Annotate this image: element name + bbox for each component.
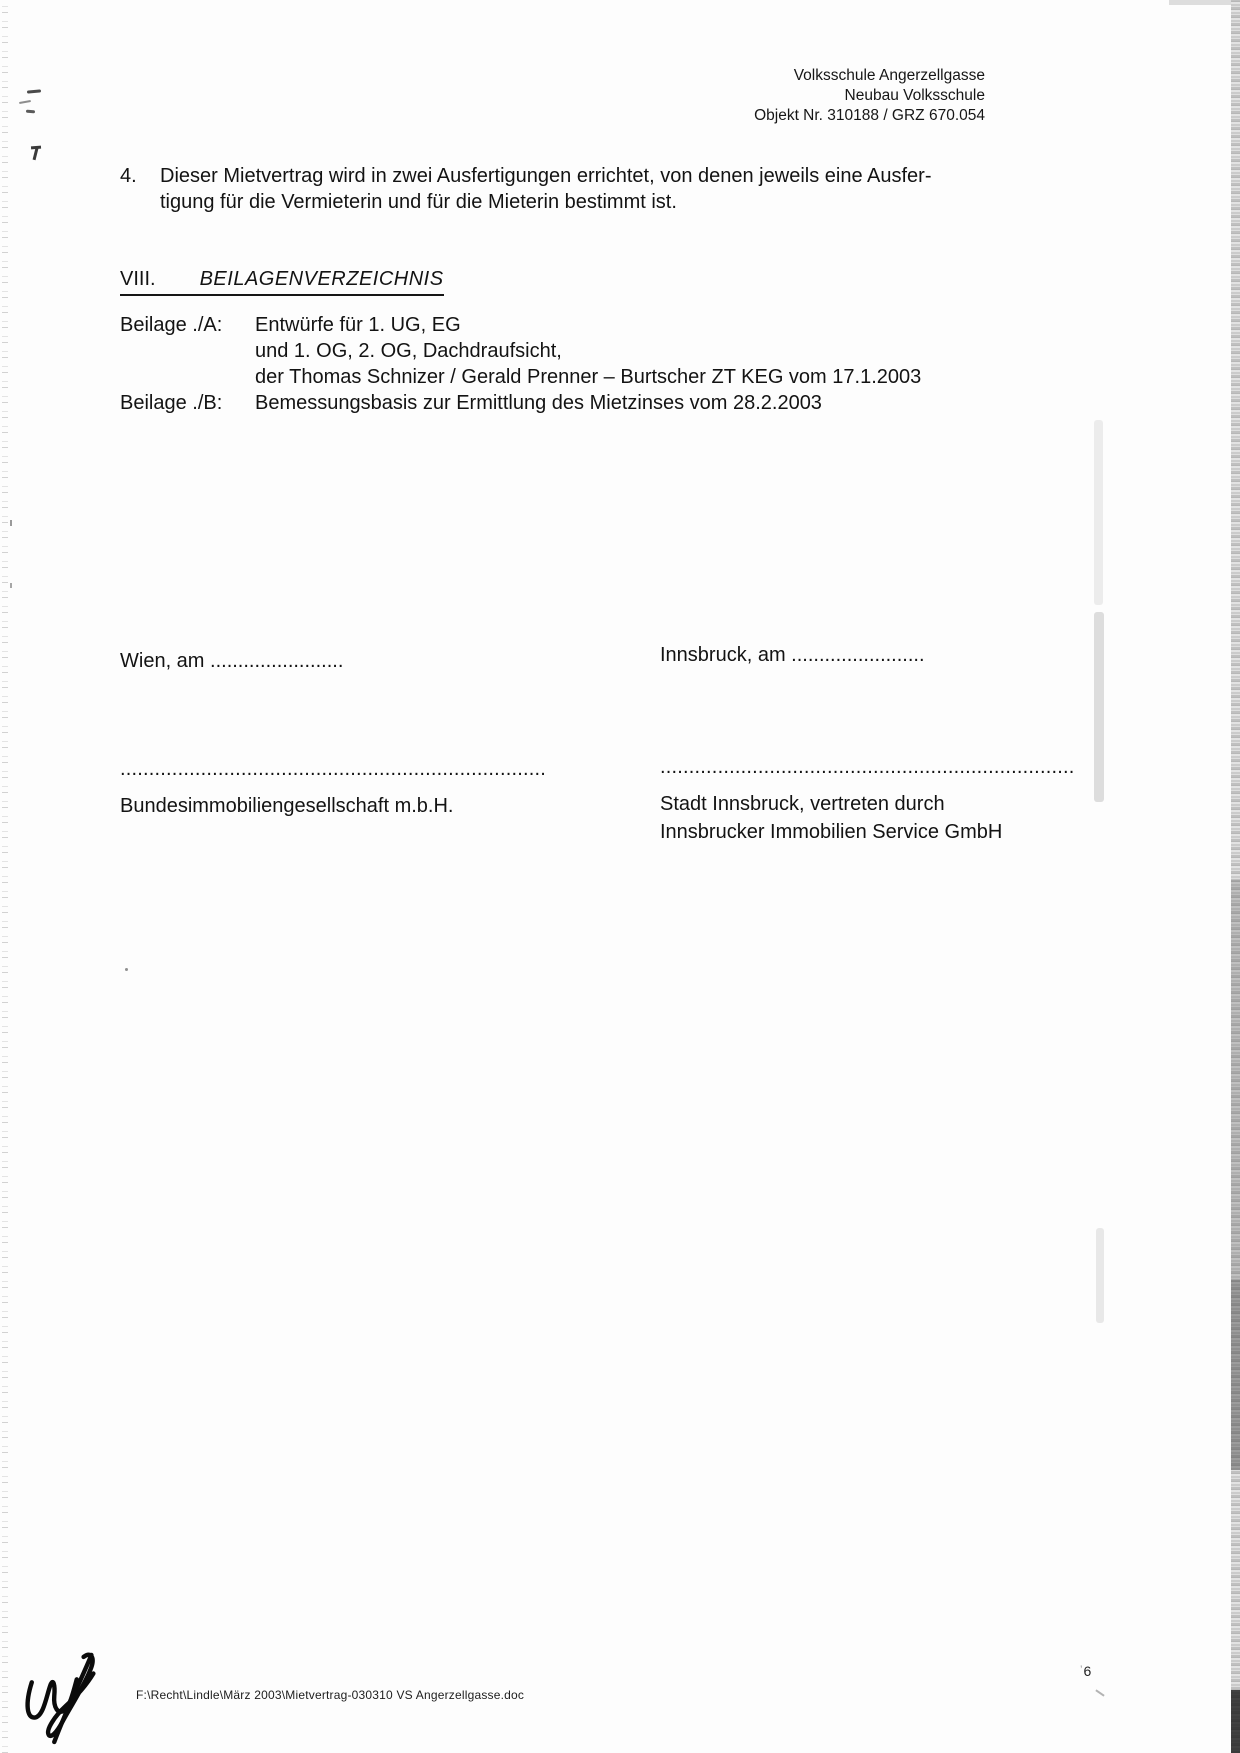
scan-artifact (33, 148, 38, 160)
scan-edge-noise-right-dark (1231, 1280, 1240, 1470)
footer-page-number: ’6 (1080, 1663, 1091, 1679)
attachment-b-line: Bemessungsbasis zur Ermittlung des Mietz… (255, 390, 1020, 416)
scan-artifact (125, 968, 128, 971)
scan-edge-noise-right-dark (1231, 1690, 1240, 1753)
attachment-b-content: Bemessungsbasis zur Ermittlung des Mietz… (255, 390, 1020, 416)
document-header: Volksschule Angerzellgasse Neubau Volkss… (754, 66, 985, 126)
tenant-name-line: Stadt Innsbruck, vertreten durch (660, 790, 1002, 818)
scan-artifact (1095, 1689, 1104, 1696)
attachment-list: Beilage ./A: Entwürfe für 1. UG, EG und … (120, 312, 1020, 416)
date-line-innsbruck: Innsbruck, am ........................ (660, 644, 925, 667)
scan-edge-noise-right (1231, 0, 1240, 1753)
scan-edge-noise-right-dark (1231, 880, 1240, 1280)
attachment-a-label: Beilage ./A: (120, 312, 255, 390)
scan-streak (1096, 1228, 1104, 1323)
scan-artifact (26, 110, 35, 114)
scan-streak (1094, 612, 1104, 802)
scan-artifact (10, 520, 12, 526)
attachment-a-line: und 1. OG, 2. OG, Dachdraufsicht, (255, 338, 1020, 364)
handwritten-initials-signature (22, 1645, 110, 1747)
clause-text: Dieser Mietvertrag wird in zwei Ausferti… (160, 163, 931, 215)
clause-text-line: Dieser Mietvertrag wird in zwei Ausferti… (160, 163, 931, 189)
scanned-document-page: Volksschule Angerzellgasse Neubau Volkss… (0, 0, 1240, 1753)
signature-dotted-line-left: ........................................… (120, 758, 546, 781)
scan-artifact (27, 89, 41, 93)
attachment-a-content: Entwürfe für 1. UG, EG und 1. OG, 2. OG,… (255, 312, 1020, 390)
section-numeral: VIII. (120, 268, 156, 290)
scan-edge-noise-left (2, 0, 8, 1753)
attachment-b-label: Beilage ./B: (120, 390, 255, 416)
clause-4: 4. Dieser Mietvertrag wird in zwei Ausfe… (120, 163, 1000, 215)
date-line-vienna: Wien, am ........................ (120, 650, 343, 673)
section-title: BEILAGENVERZEICHNIS (200, 268, 444, 290)
scan-edge-noise-top (1169, 0, 1231, 5)
tenant-name: Stadt Innsbruck, vertreten durch Innsbru… (660, 790, 1002, 846)
header-project-line: Volksschule Angerzellgasse (754, 66, 985, 86)
footer-file-path: F:\Recht\Lindle\März 2003\Mietvertrag-03… (136, 1688, 524, 1702)
clause-text-line: tigung für die Vermieterin und für die M… (160, 189, 931, 215)
clause-number: 4. (120, 163, 160, 215)
tenant-name-line: Innsbrucker Immobilien Service GmbH (660, 818, 1002, 846)
scan-streak (1094, 420, 1103, 605)
landlord-name: Bundesimmobiliengesellschaft m.b.H. (120, 792, 454, 820)
page-number: 6 (1083, 1663, 1091, 1679)
attachment-a-line: der Thomas Schnizer / Gerald Prenner – B… (255, 364, 1020, 390)
header-object-number: Objekt Nr. 310188 / GRZ 670.054 (754, 106, 985, 126)
section-heading-underline: VIII.BEILAGENVERZEICHNIS (120, 268, 444, 296)
scan-artifact (19, 100, 31, 104)
attachment-a-line: Entwürfe für 1. UG, EG (255, 312, 1020, 338)
header-building-line: Neubau Volksschule (754, 86, 985, 106)
section-heading: VIII.BEILAGENVERZEICHNIS (120, 268, 444, 296)
signature-dotted-line-right: ........................................… (660, 756, 1074, 779)
scan-artifact (10, 583, 12, 588)
